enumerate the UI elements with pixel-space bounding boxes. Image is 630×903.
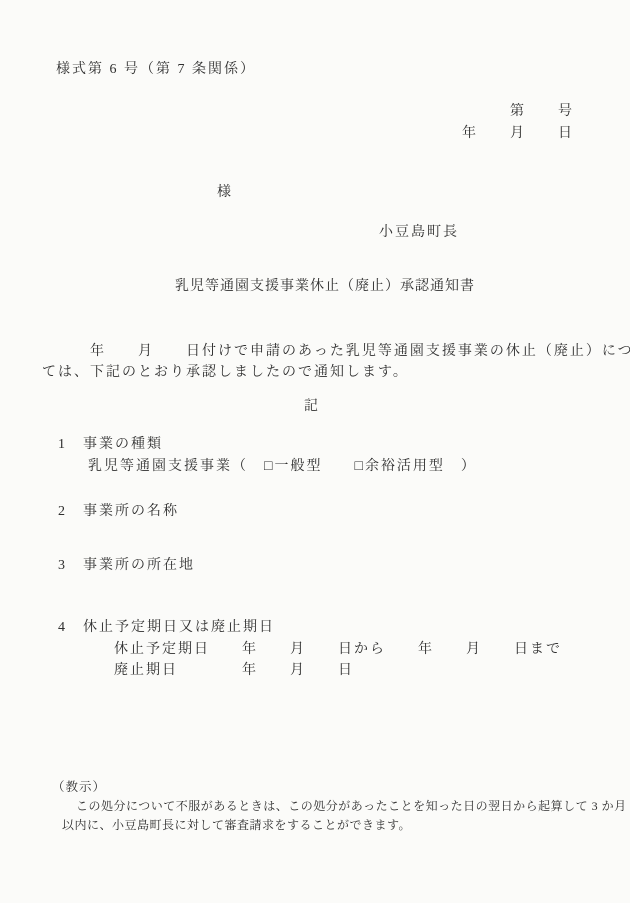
record-marker: 記 — [304, 399, 320, 416]
body-paragraph-line-2: ては、下記のとおり承認しましたので通知します。 — [42, 365, 409, 382]
approval-notification-document: 様式第 6 号（第 7 条関係） 第 号 年 月 日 様 小豆島町長 乳児等通園… — [0, 0, 630, 903]
section-1-detail: 乳児等通園支援事業（ □一般型 □余裕活用型 ） — [88, 459, 477, 476]
option-gap — [322, 459, 354, 474]
addressee-honorific: 様 — [217, 185, 233, 202]
section-2-heading: 2 事業所の名称 — [58, 504, 179, 521]
section-3-heading: 3 事業所の所在地 — [58, 558, 195, 575]
appeal-notice-line-1: この処分について不服があるときは、この処分があったことを知った日の翌日から起算し… — [76, 799, 627, 813]
checkbox-surplus-type-icon: □ — [354, 459, 364, 474]
appeal-notice-line-2: 以内に、小豆島町長に対して審査請求をすることができます。 — [62, 818, 411, 832]
document-title: 乳児等通園支援事業休止（廃止）承認通知書 — [175, 279, 475, 296]
document-number-line: 第 号 — [510, 104, 574, 121]
option-surplus-type-label: 余裕活用型 — [365, 459, 445, 474]
issue-date-line: 年 月 日 — [462, 126, 574, 143]
business-name-text: 乳児等通園支援事業（ — [88, 459, 264, 474]
appeal-notice-heading: （教示） — [52, 780, 106, 795]
body-paragraph-line-1: 年 月 日付けで申請のあった乳児等通園支援事業の休止（廃止）につい — [42, 344, 630, 361]
option-general-type-label: 一般型 — [274, 459, 322, 474]
checkbox-general-type-icon: □ — [264, 459, 274, 474]
close-paren: ） — [445, 459, 477, 474]
abolition-date-line: 廃止期日 年 月 日 — [114, 663, 354, 680]
section-4-heading: 4 休止予定期日又は廃止期日 — [58, 620, 275, 637]
form-number: 様式第 6 号（第 7 条関係） — [56, 62, 256, 79]
section-1-heading: 1 事業の種類 — [58, 437, 163, 454]
suspension-period-line: 休止予定期日 年 月 日から 年 月 日まで — [114, 642, 562, 659]
issuer-name: 小豆島町長 — [379, 225, 459, 242]
